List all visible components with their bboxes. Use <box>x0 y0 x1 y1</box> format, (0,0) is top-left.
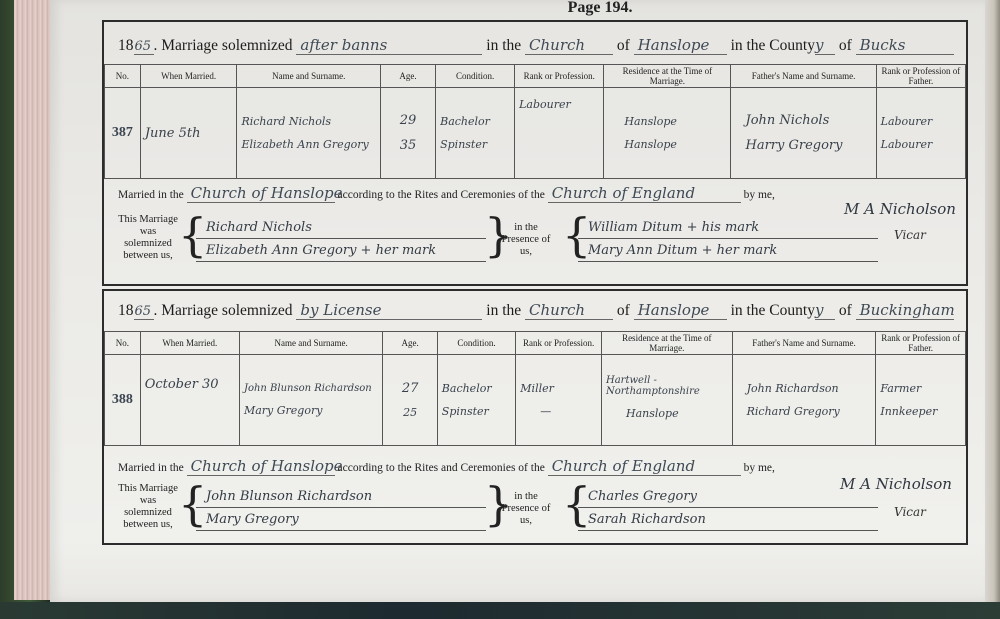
rites-of: Church of England <box>548 184 741 203</box>
groom-rank: Miller <box>520 382 597 395</box>
bride-father: Harry Gregory <box>745 138 871 153</box>
book-page-edges <box>14 0 53 600</box>
groom-father-rank: Farmer <box>880 382 961 395</box>
this-marriage-label: This Marriage was solemnized between us, <box>118 483 178 531</box>
married-in: Church of Hanslope <box>187 457 335 476</box>
entry-table: No. When Married. Name and Surname. Age.… <box>104 331 966 446</box>
presence-label: in the Presence of us, <box>496 222 556 258</box>
married-in-line: Married in the Church of Hanslope accord… <box>118 457 775 476</box>
solemnized-by: after banns <box>296 36 482 55</box>
groom-name: Richard Nichols <box>241 115 376 128</box>
parish: Hanslope <box>634 36 727 55</box>
bride-condition: Spinster <box>442 405 511 418</box>
year-suffix: 65 <box>134 39 154 55</box>
presence-label: in the Presence of us, <box>496 491 556 527</box>
table-row: 388 October 30 John Blunson Richardson M… <box>105 355 966 446</box>
page-number: Page 194. <box>50 0 1000 17</box>
rites-of: Church of England <box>548 457 741 476</box>
bride-residence: Hanslope <box>606 407 728 420</box>
place-type: Church <box>525 36 613 55</box>
witness-signatures: William Ditum + his mark Mary Ann Ditum … <box>578 216 878 262</box>
signatures-block: This Marriage was solemnized between us,… <box>118 214 958 274</box>
book-cover <box>0 602 1000 619</box>
entry-table: No. When Married. Name and Surname. Age.… <box>104 64 966 179</box>
married-in-line: Married in the Church of Hanslope accord… <box>118 184 775 203</box>
couple-signatures: Richard Nichols Elizabeth Ann Gregory + … <box>196 216 486 262</box>
bride-residence: Hanslope <box>624 138 726 151</box>
next-page-edge <box>985 0 1000 619</box>
parish: Hanslope <box>634 301 727 320</box>
marriage-entry-388: 1865. Marriage solemnized by License in … <box>102 289 968 545</box>
groom-age: 29 <box>385 113 431 128</box>
witness-signatures: Charles Gregory Sarah Richardson <box>578 485 878 531</box>
entry-header: 1865. Marriage solemnized after banns in… <box>118 36 978 55</box>
solemnized-by: by License <box>296 301 482 320</box>
entry-number: 387 <box>105 88 141 179</box>
groom-condition: Bachelor <box>440 115 510 128</box>
groom-age: 27 <box>387 381 432 396</box>
year-suffix: 65 <box>134 304 154 320</box>
marriage-entry-387: 1865. Marriage solemnized after banns in… <box>102 20 968 286</box>
bride-rank: — <box>520 405 597 418</box>
bride-father-rank: Innkeeper <box>880 405 961 418</box>
groom-father: John Nichols <box>745 113 871 128</box>
signatures-block: This Marriage was solemnized between us,… <box>118 483 958 543</box>
bride-age: 35 <box>385 138 431 153</box>
groom-father: John Richardson <box>747 382 872 395</box>
when-married: October 30 <box>145 377 235 392</box>
bride-father: Richard Gregory <box>747 405 872 418</box>
table-row: 387 June 5th Richard Nichols Elizabeth A… <box>105 88 966 179</box>
this-marriage-label: This Marriage was solemnized between us, <box>118 214 178 262</box>
bride-age: 25 <box>387 406 432 419</box>
when-married: June 5th <box>145 126 233 141</box>
bride-condition: Spinster <box>440 138 510 151</box>
county: Bucks <box>856 36 954 55</box>
groom-name: John Blunson Richardson <box>244 383 378 394</box>
place-type: Church <box>525 301 613 320</box>
married-in: Church of Hanslope <box>187 184 335 203</box>
bride-father-rank: Labourer <box>881 138 961 151</box>
bride-name: Mary Gregory <box>244 404 378 417</box>
entry-number: 388 <box>105 355 141 446</box>
couple-signatures: John Blunson Richardson Mary Gregory <box>196 485 486 531</box>
groom-father-rank: Labourer <box>881 115 961 128</box>
county: Buckingham <box>856 301 954 320</box>
groom-rank: Labourer <box>519 98 599 111</box>
groom-residence: Hartwell - Northamptonshire <box>606 375 728 397</box>
bride-name: Elizabeth Ann Gregory <box>241 138 376 151</box>
groom-condition: Bachelor <box>442 382 511 395</box>
entry-header: 1865. Marriage solemnized by License in … <box>118 301 978 320</box>
groom-residence: Hanslope <box>624 115 726 128</box>
